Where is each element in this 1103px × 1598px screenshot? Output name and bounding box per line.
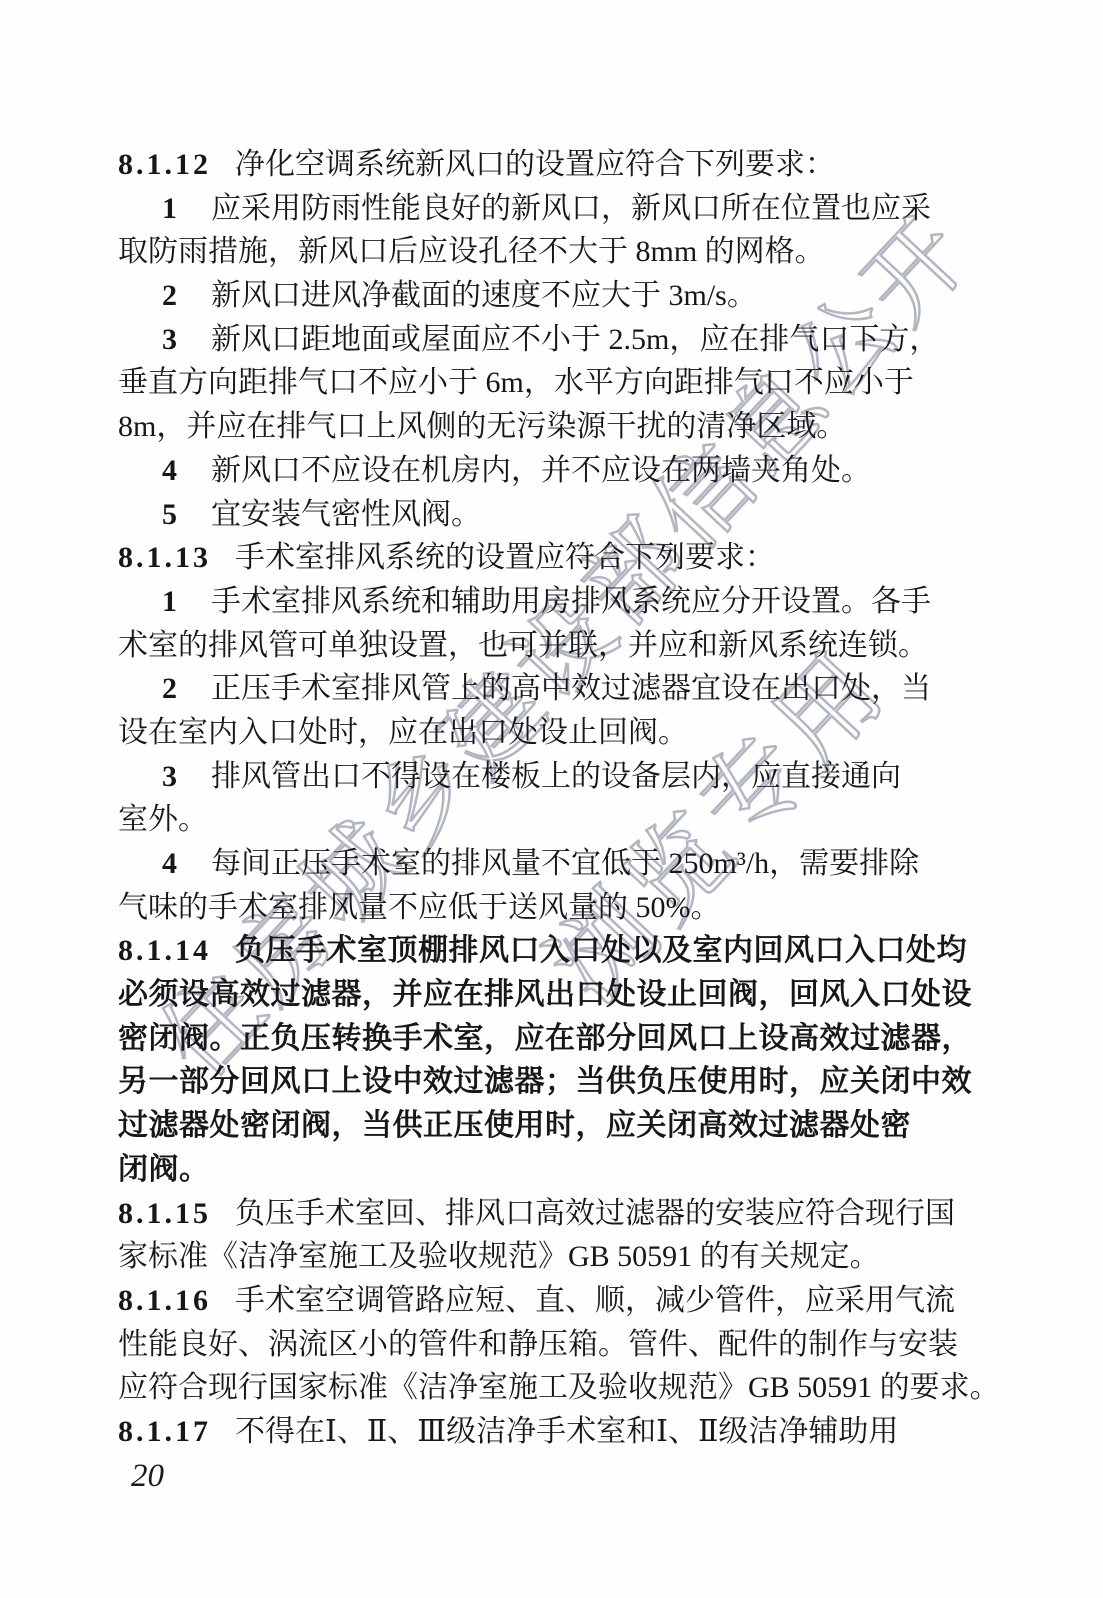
text-line: 过滤器处密闭阀，当供正压使用时，应关闭高效过滤器处密 <box>118 1104 950 1148</box>
text-line: 8.1.17不得在Ⅰ、Ⅱ、Ⅲ级洁净手术室和Ⅰ、Ⅱ级洁净辅助用 <box>118 1410 950 1454</box>
text-line: 设在室内入口处时，应在出口处设止回阀。 <box>118 711 950 755</box>
text-line: 5宜安装气密性风阀。 <box>118 493 950 537</box>
text-line: 密闭阀。正负压转换手术室，应在部分回风口上设高效过滤器， <box>118 1017 950 1061</box>
line-number: 4 <box>162 454 177 487</box>
line-text: 闭阀。 <box>118 1153 210 1186</box>
line-text: 8m，并应在排气口上风侧的无污染源干扰的清净区域。 <box>118 410 846 443</box>
line-number: 8.1.13 <box>118 541 211 574</box>
line-number: 2 <box>162 672 177 705</box>
text-line: 室外。 <box>118 798 950 842</box>
line-text: 密闭阀。正负压转换手术室，应在部分回风口上设高效过滤器， <box>118 1022 972 1055</box>
text-line: 1手术室排风系统和辅助用房排风系统应分开设置。各手 <box>118 580 950 624</box>
text-line: 1应采用防雨性能良好的新风口，新风口所在位置也应采 <box>118 187 950 231</box>
text-line: 家标准《洁净室施工及验收规范》GB 50591 的有关规定。 <box>118 1235 950 1279</box>
text-line: 气味的手术室排风量不应低于送风量的 50%。 <box>118 886 950 930</box>
line-text: 术室的排风管可单独设置，也可并联，并应和新风系统连锁。 <box>118 629 928 662</box>
text-line: 性能良好、涡流区小的管件和静压箱。管件、配件的制作与安装 <box>118 1323 950 1367</box>
line-text: 设在室内入口处时，应在出口处设止回阀。 <box>118 716 688 749</box>
text-line: 2新风口进风净截面的速度不应大于 3m/s。 <box>118 274 950 318</box>
line-text: 必须设高效过滤器，并应在排风出口处设止回阀，回风入口处设 <box>118 978 972 1011</box>
line-text: 手术室空调管路应短、直、顺，减少管件，应采用气流 <box>235 1284 955 1317</box>
line-text: 垂直方向距排气口不应小于 6m，水平方向距排气口不应小于 <box>118 366 914 399</box>
line-number: 2 <box>162 279 177 312</box>
text-line: 4每间正压手术室的排风量不宜低于 250m³/h，需要排除 <box>118 842 950 886</box>
text-line: 4新风口不应设在机房内，并不应设在两墙夹角处。 <box>118 449 950 493</box>
line-number: 8.1.12 <box>118 148 211 181</box>
text-line: 必须设高效过滤器，并应在排风出口处设止回阀，回风入口处设 <box>118 973 950 1017</box>
line-number: 4 <box>162 847 177 880</box>
page-number: 20 <box>131 1458 164 1495</box>
line-text: 负压手术室顶棚排风口入口处以及室内回风口入口处均 <box>235 934 967 967</box>
line-number: 8.1.14 <box>118 934 211 967</box>
line-text: 手术室排风系统和辅助用房排风系统应分开设置。各手 <box>211 585 931 618</box>
line-text: 新风口进风净截面的速度不应大于 3m/s。 <box>211 279 757 312</box>
text-line: 8.1.14负压手术室顶棚排风口入口处以及室内回风口入口处均 <box>118 929 950 973</box>
line-text: 过滤器处密闭阀，当供正压使用时，应关闭高效过滤器处密 <box>118 1109 911 1142</box>
text-line: 术室的排风管可单独设置，也可并联，并应和新风系统连锁。 <box>118 624 950 668</box>
text-line: 8.1.12净化空调系统新风口的设置应符合下列要求： <box>118 143 950 187</box>
line-number: 3 <box>162 760 177 793</box>
line-number: 1 <box>162 192 177 225</box>
line-number: 8.1.17 <box>118 1415 211 1448</box>
text-line: 闭阀。 <box>118 1148 950 1192</box>
line-number: 1 <box>162 585 177 618</box>
text-line: 8m，并应在排气口上风侧的无污染源干扰的清净区域。 <box>118 405 950 449</box>
text-line: 3排风管出口不得设在楼板上的设备层内，应直接通向 <box>118 755 950 799</box>
line-number: 8.1.16 <box>118 1284 211 1317</box>
document-page: 住房城乡建设部信息公开 浏览专用 8.1.12净化空调系统新风口的设置应符合下列… <box>0 0 1103 1598</box>
line-text: 应采用防雨性能良好的新风口，新风口所在位置也应采 <box>211 192 931 225</box>
text-line: 应符合现行国家标准《洁净室施工及验收规范》GB 50591 的要求。 <box>118 1366 950 1410</box>
line-text: 性能良好、涡流区小的管件和静压箱。管件、配件的制作与安装 <box>118 1328 958 1361</box>
text-line: 取防雨措施，新风口后应设孔径不大于 8mm 的网格。 <box>118 230 950 274</box>
text-block: 8.1.12净化空调系统新风口的设置应符合下列要求：1应采用防雨性能良好的新风口… <box>118 143 950 1454</box>
line-text: 家标准《洁净室施工及验收规范》GB 50591 的有关规定。 <box>118 1240 880 1273</box>
line-text: 宜安装气密性风阀。 <box>211 498 481 531</box>
line-text: 新风口距地面或屋面应不小于 2.5m，应在排气口下方， <box>211 323 939 356</box>
line-text: 排风管出口不得设在楼板上的设备层内，应直接通向 <box>211 760 901 793</box>
line-text: 应符合现行国家标准《洁净室施工及验收规范》GB 50591 的要求。 <box>118 1371 1000 1404</box>
text-line: 8.1.16手术室空调管路应短、直、顺，减少管件，应采用气流 <box>118 1279 950 1323</box>
line-text: 室外。 <box>118 803 208 836</box>
line-text: 净化空调系统新风口的设置应符合下列要求： <box>235 148 835 181</box>
line-text: 每间正压手术室的排风量不宜低于 250m³/h，需要排除 <box>211 847 919 880</box>
line-text: 不得在Ⅰ、Ⅱ、Ⅲ级洁净手术室和Ⅰ、Ⅱ级洁净辅助用 <box>235 1415 898 1448</box>
line-number: 8.1.15 <box>118 1197 211 1230</box>
text-line: 3新风口距地面或屋面应不小于 2.5m，应在排气口下方， <box>118 318 950 362</box>
line-text: 手术室排风系统的设置应符合下列要求： <box>235 541 775 574</box>
line-text: 取防雨措施，新风口后应设孔径不大于 8mm 的网格。 <box>118 235 825 268</box>
line-number: 3 <box>162 323 177 356</box>
line-text: 新风口不应设在机房内，并不应设在两墙夹角处。 <box>211 454 871 487</box>
line-text: 气味的手术室排风量不应低于送风量的 50%。 <box>118 891 721 924</box>
line-number: 5 <box>162 498 177 531</box>
text-line: 8.1.13手术室排风系统的设置应符合下列要求： <box>118 536 950 580</box>
text-line: 另一部分回风口上设中效过滤器；当供负压使用时，应关闭中效 <box>118 1060 950 1104</box>
line-text: 负压手术室回、排风口高效过滤器的安装应符合现行国 <box>235 1197 955 1230</box>
line-text: 另一部分回风口上设中效过滤器；当供负压使用时，应关闭中效 <box>118 1065 972 1098</box>
text-line: 垂直方向距排气口不应小于 6m，水平方向距排气口不应小于 <box>118 361 950 405</box>
text-line: 2正压手术室排风管上的高中效过滤器宜设在出口处，当 <box>118 667 950 711</box>
line-text: 正压手术室排风管上的高中效过滤器宜设在出口处，当 <box>211 672 931 705</box>
text-line: 8.1.15负压手术室回、排风口高效过滤器的安装应符合现行国 <box>118 1192 950 1236</box>
